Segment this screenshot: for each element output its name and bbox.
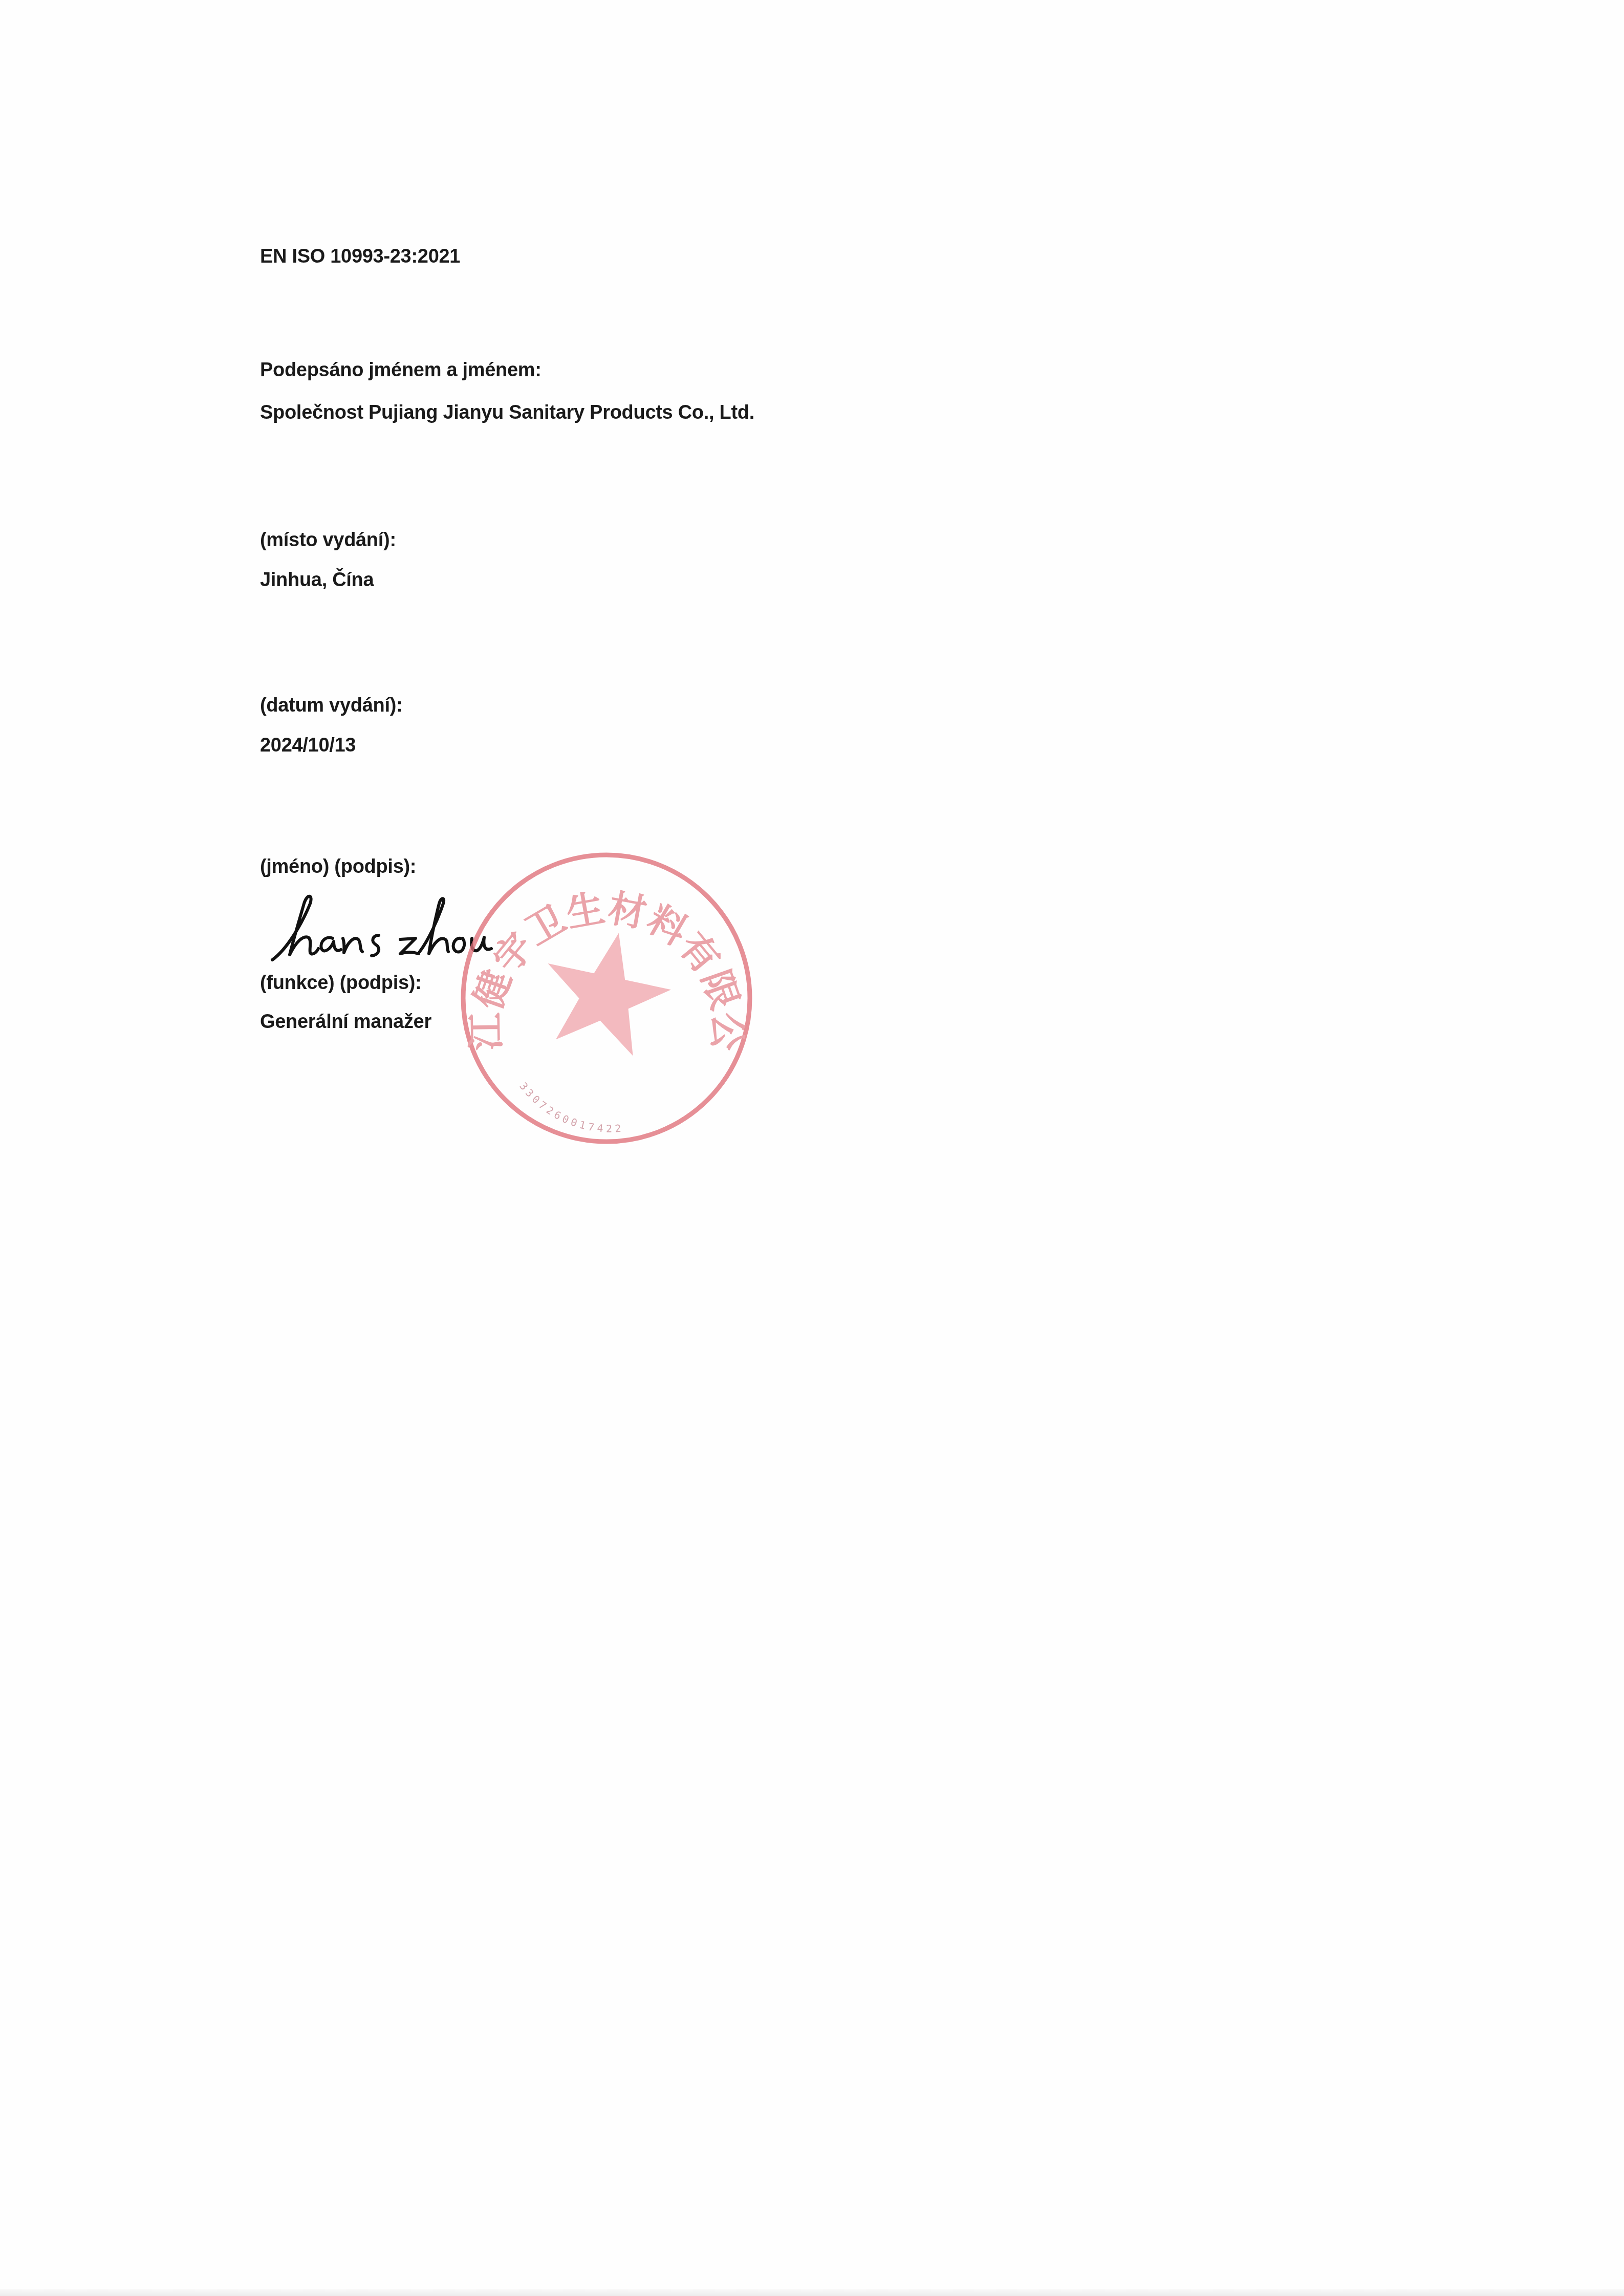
signed-for-label: Podepsáno jménem a jménem:	[260, 358, 542, 382]
place-of-issue-label: (místo vydání):	[260, 528, 396, 552]
function-signature-label: (funkce) (podpis):	[260, 971, 421, 995]
star-icon	[533, 920, 680, 1061]
document-page: EN ISO 10993-23:2021 Podepsáno jménem a …	[0, 0, 1624, 2296]
svg-text:3307260017422: 3307260017422	[517, 1080, 624, 1135]
date-of-issue-value: 2024/10/13	[260, 734, 356, 757]
standard-reference: EN ISO 10993-23:2021	[260, 245, 460, 268]
scan-edge	[0, 2289, 1624, 2296]
place-of-issue-value: Jinhua, Čína	[260, 568, 374, 592]
date-of-issue-label: (datum vydání):	[260, 694, 402, 717]
function-value: Generální manažer	[260, 1010, 431, 1034]
name-signature-label: (jméno) (podpis):	[260, 855, 416, 878]
company-name: Společnost Pujiang Jianyu Sanitary Produ…	[260, 401, 754, 424]
handwritten-signature	[266, 888, 507, 965]
